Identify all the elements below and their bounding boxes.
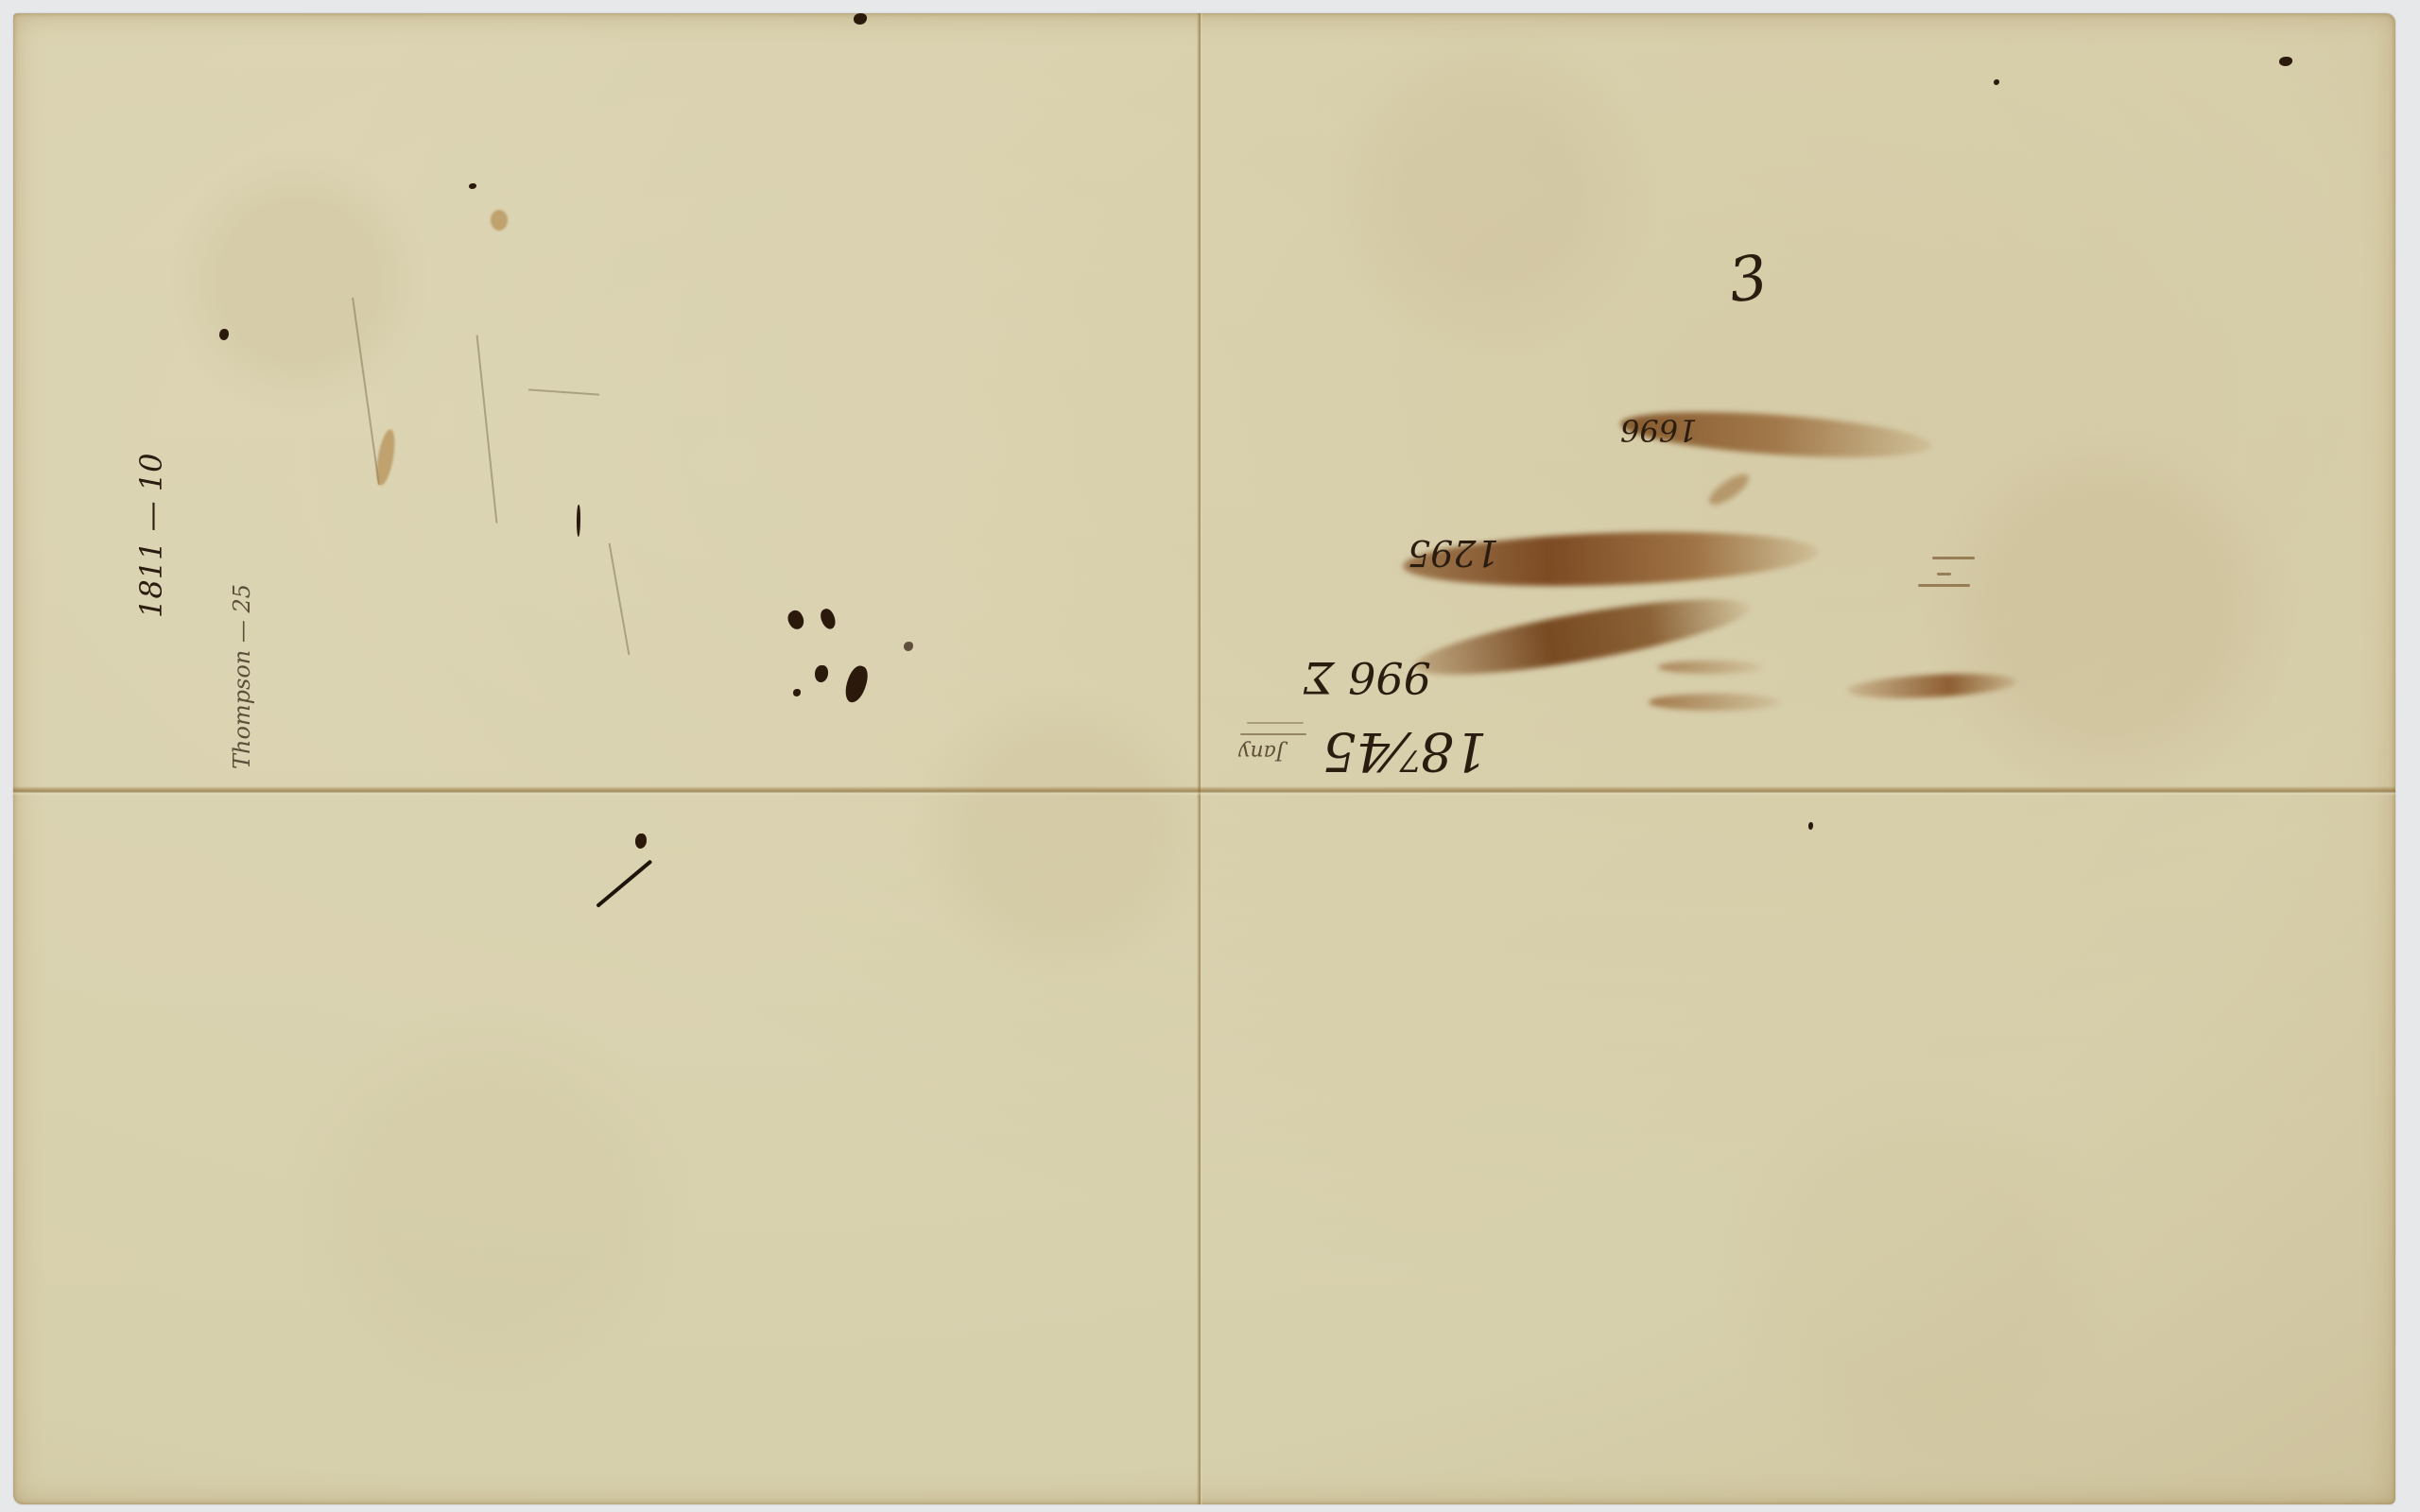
page-number: 3 xyxy=(1725,247,1772,312)
margin-note-1811: 1811 — 10 xyxy=(136,454,166,619)
ink-blot xyxy=(635,833,647,849)
ink-blot xyxy=(1808,822,1813,830)
underline-rule xyxy=(1247,722,1304,724)
ink-blot xyxy=(842,663,871,705)
tally-dash xyxy=(1932,557,1975,559)
pencil-line xyxy=(609,543,631,656)
margin-note-thompson: Thompson — 25 xyxy=(231,584,253,769)
ink-blot xyxy=(815,665,828,682)
ink-blot xyxy=(1994,79,1999,85)
ink-stain xyxy=(491,210,508,231)
ink-blot xyxy=(219,329,229,340)
ink-blot xyxy=(793,689,801,696)
tally-dash xyxy=(1918,584,1970,587)
ink-blot xyxy=(854,13,867,25)
ink-smear xyxy=(1658,661,1762,674)
ink-smear xyxy=(1704,469,1753,509)
ink-blot xyxy=(469,183,476,189)
ink-stain xyxy=(373,428,398,487)
ink-blot xyxy=(577,505,580,537)
tally-dash xyxy=(1937,573,1951,576)
upside-down-figure-1696: 1696 xyxy=(1620,415,1697,445)
ink-smear xyxy=(1846,670,2017,701)
vertical-fold-crease xyxy=(1197,13,1202,1504)
upside-down-figure-1295: 1295 xyxy=(1408,535,1499,571)
upside-down-date-1845: 18⁷⁄45 xyxy=(1322,724,1487,777)
horizontal-fold-crease xyxy=(13,786,2395,796)
pencil-line xyxy=(352,298,380,485)
underline-rule xyxy=(1240,733,1306,735)
pencil-line xyxy=(476,335,498,523)
pencil-line xyxy=(528,388,599,395)
ink-blot xyxy=(2279,57,2292,66)
ink-smear xyxy=(1410,584,1754,690)
ink-blot xyxy=(904,642,913,651)
upside-down-month-jany: Jany xyxy=(1238,741,1285,762)
ink-blot xyxy=(818,607,838,631)
pen-stroke-mark xyxy=(596,859,652,907)
ink-blot xyxy=(785,608,807,631)
document-paper: 1811 — 10 Thompson — 25 3 1696 1 xyxy=(13,13,2395,1504)
ink-smear xyxy=(1649,694,1781,711)
upside-down-figure-996: 996 Σ xyxy=(1304,656,1431,699)
scan-background: 1811 — 10 Thompson — 25 3 1696 1 xyxy=(0,0,2420,1512)
